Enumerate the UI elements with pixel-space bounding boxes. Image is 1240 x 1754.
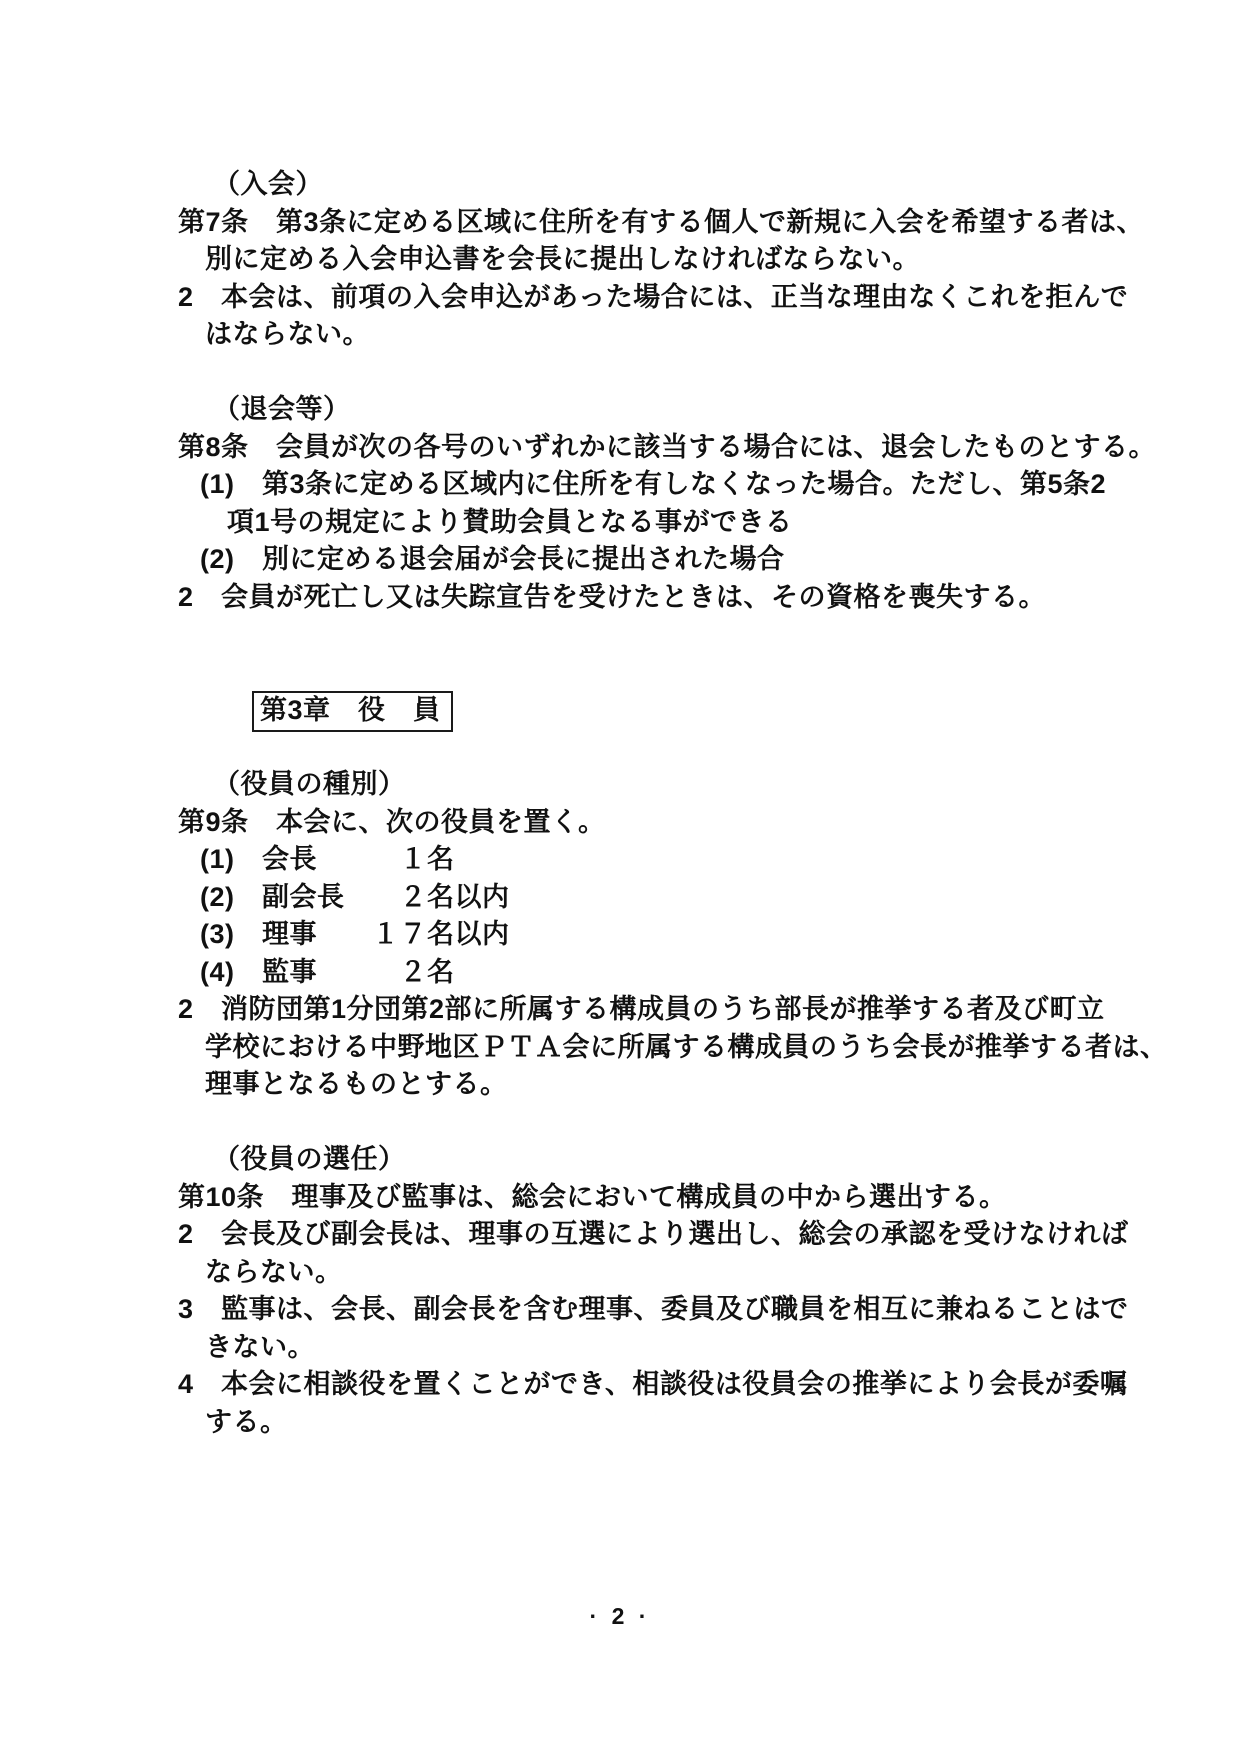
article-9-item-2: (2) 副会長 ２名以内 (200, 879, 1178, 917)
blank-line (178, 616, 1178, 654)
blank-line (178, 729, 1178, 767)
blank-line (178, 654, 1178, 692)
article-7-para-2-line-1: 2 本会は、前項の入会申込があった場合には、正当な理由なくこれを拒んで (178, 279, 1178, 317)
article-8-item-1-line-1: (1) 第3条に定める区域内に住所を有しなくなった場合。ただし、第5条2 (200, 466, 1178, 504)
article-9-item-1: (1) 会長 １名 (200, 841, 1178, 879)
chapter-heading-box: 第3章 役 員 (252, 691, 453, 732)
article-9-para-2-line-1: 2 消防団第1分団第2部に所属する構成員のうち部長が推挙する者及び町立 (178, 991, 1178, 1029)
article-7-para-1-line-1: 第7条 第3条に定める区域に住所を有する個人で新規に入会を希望する者は、 (178, 204, 1178, 242)
article-8-item-1-line-2: 項1号の規定により賛助会員となる事ができる (227, 504, 1178, 542)
article-10-para-3-line-2: きない。 (205, 1329, 1178, 1367)
article-10-para-4-line-1: 4 本会に相談役を置くことができ、相談役は役員会の推挙により会長が委嘱 (178, 1366, 1178, 1404)
article-9-item-4: (4) 監事 ２名 (200, 954, 1178, 992)
section-heading-withdrawal: （退会等） (213, 391, 1178, 429)
blank-line (178, 354, 1178, 392)
article-9-item-3: (3) 理事 １７名以内 (200, 916, 1178, 954)
chapter-3-heading: 第3章 役 員 (252, 691, 1178, 729)
article-10-para-3-line-1: 3 監事は、会長、副会長を含む理事、委員及び職員を相互に兼ねることはで (178, 1291, 1178, 1329)
section-heading-officer-types: （役員の種別） (213, 766, 1178, 804)
article-8-para-1-line-1: 第8条 会員が次の各号のいずれかに該当する場合には、退会したものとする。 (178, 429, 1178, 467)
article-7-para-2-line-2: はならない。 (205, 316, 1178, 354)
article-10-para-2-line-1: 2 会長及び副会長は、理事の互選により選出し、総会の承認を受けなければ (178, 1216, 1178, 1254)
article-7-para-1-line-2: 別に定める入会申込書を会長に提出しなければならない。 (205, 241, 1178, 279)
section-heading-officer-election: （役員の選任） (213, 1141, 1178, 1179)
article-9-para-2-line-2: 学校における中野地区ＰＴＡ会に所属する構成員のうち会長が推挙する者は、 (205, 1029, 1178, 1067)
article-8-item-2: (2) 別に定める退会届が会長に提出された場合 (200, 541, 1178, 579)
page-number: · 2 · (0, 1603, 1240, 1630)
article-8-para-2: 2 会員が死亡し又は失踪宣告を受けたときは、その資格を喪失する。 (178, 579, 1178, 617)
document-page: （入会）第7条 第3条に定める区域に住所を有する個人で新規に入会を希望する者は、… (0, 0, 1240, 1754)
page-body: （入会）第7条 第3条に定める区域に住所を有する個人で新規に入会を希望する者は、… (178, 0, 1178, 1441)
section-heading-admission: （入会） (213, 166, 1178, 204)
article-10-para-1: 第10条 理事及び監事は、総会において構成員の中から選出する。 (178, 1179, 1178, 1217)
article-10-para-2-line-2: ならない。 (205, 1254, 1178, 1292)
article-10-para-4-line-2: する。 (205, 1404, 1178, 1442)
article-9-para-2-line-3: 理事となるものとする。 (205, 1066, 1178, 1104)
blank-line (178, 1104, 1178, 1142)
article-9-para-1-line-1: 第9条 本会に、次の役員を置く。 (178, 804, 1178, 842)
